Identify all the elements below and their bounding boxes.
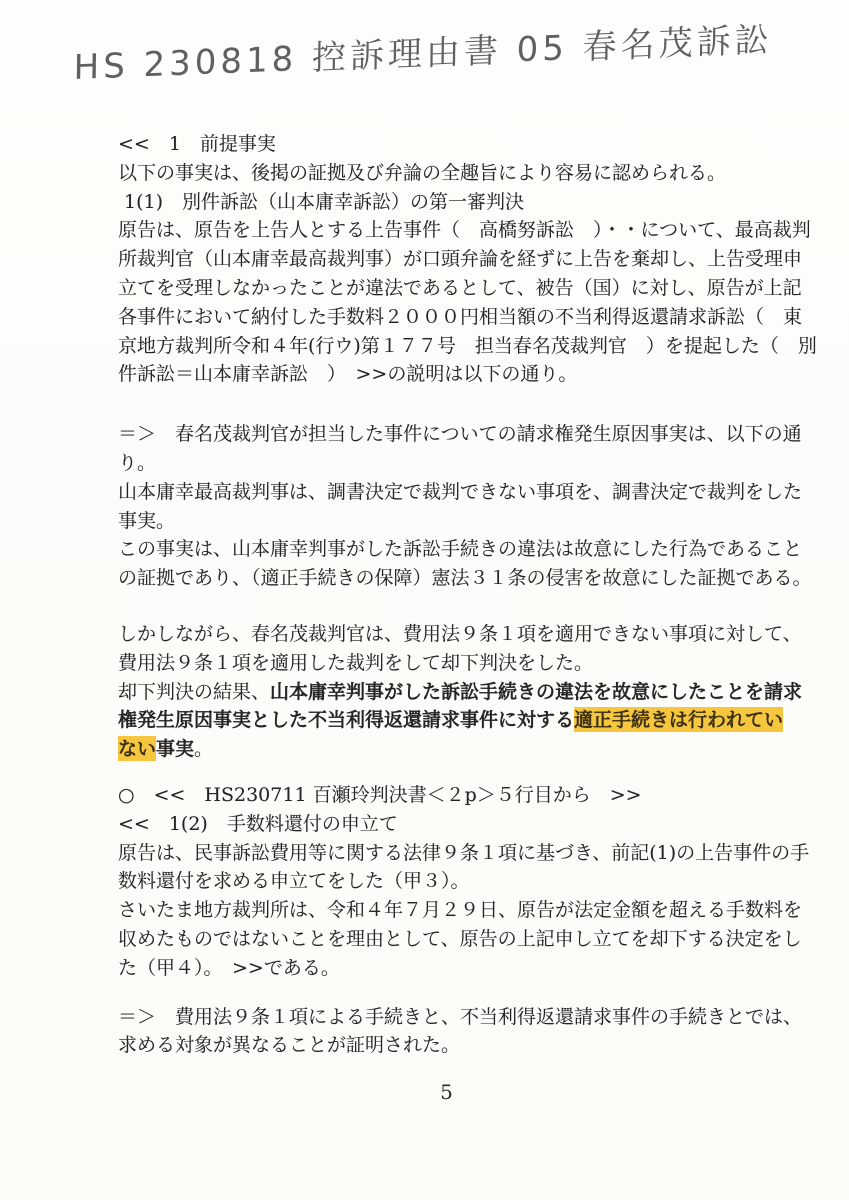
handwritten-annotation: HS 230818 控訴理由書 05 春名茂訴訟 xyxy=(73,16,673,89)
section-1-intro: 以下の事実は、後掲の証拠及び弁論の全趣旨により容易に認められる。 xyxy=(118,159,830,188)
comment-paragraph-1: ＝＞ 春名茂裁判官が担当した事件についての請求権発生原因事実は、以下の通 り。 xyxy=(118,420,830,478)
section-1-heading: << 1 前提事実 xyxy=(118,130,830,159)
section-2-body-paragraph-2: さいたま地方裁判所は、令和４年７月２９日、原告が法定金額を超える手数料を 収めた… xyxy=(118,896,830,982)
run-normal-prefix: 却下判決の結果、 xyxy=(118,681,270,703)
argument-paragraph-2-with-highlight: 却下判決の結果、山本庸幸判事がした訴訟手続きの違法を故意にしたことを請求 権発生… xyxy=(118,678,830,764)
page-number: 5 xyxy=(0,1080,849,1104)
comment-paragraph-2: ＝＞ 費用法９条１項による手続きと、不当利得返還請求事件の手続きとでは、 求める… xyxy=(118,1003,830,1061)
argument-paragraph-1: しかしながら、春名茂裁判官は、費用法９条１項を適用できない事項に対して、 費用法… xyxy=(118,620,830,678)
section-2-heading: << 1(2) 手数料還付の申立て xyxy=(118,810,830,839)
citation-reference-line: ○ << HS230711 百瀬玲判決書＜２p＞５行目から >> xyxy=(118,781,830,810)
section-1-body-paragraph: 原告は、原告を上告人とする上告事件（ 高橋努訴訟 ）・・について、最高裁判 所裁… xyxy=(118,216,830,389)
fact-paragraph-2: この事実は、山本庸幸判事がした訴訟手続きの違法は故意にした行為であること の証拠… xyxy=(118,535,830,593)
section-2-body-paragraph-1: 原告は、民事訴訟費用等に関する法律９条１項に基づき、前記(1)の上告事件の手 数… xyxy=(118,839,830,897)
run-normal-suffix: 。 xyxy=(194,738,213,760)
run-bold-fact: 事実 xyxy=(156,738,194,760)
document-body: << 1 前提事実 以下の事実は、後掲の証拠及び弁論の全趣旨により容易に認められ… xyxy=(118,130,830,1060)
fact-paragraph-1: 山本庸幸最高裁判事は、調書決定で裁判できない事項を、調書決定で裁判をした 事実。 xyxy=(118,478,830,536)
section-1-subheading: 1(1) 別件訴訟（山本庸幸訴訟）の第一審判決 xyxy=(118,188,830,217)
scanned-document-page: HS 230818 控訴理由書 05 春名茂訴訟 << 1 前提事実 以下の事実… xyxy=(0,0,849,1200)
